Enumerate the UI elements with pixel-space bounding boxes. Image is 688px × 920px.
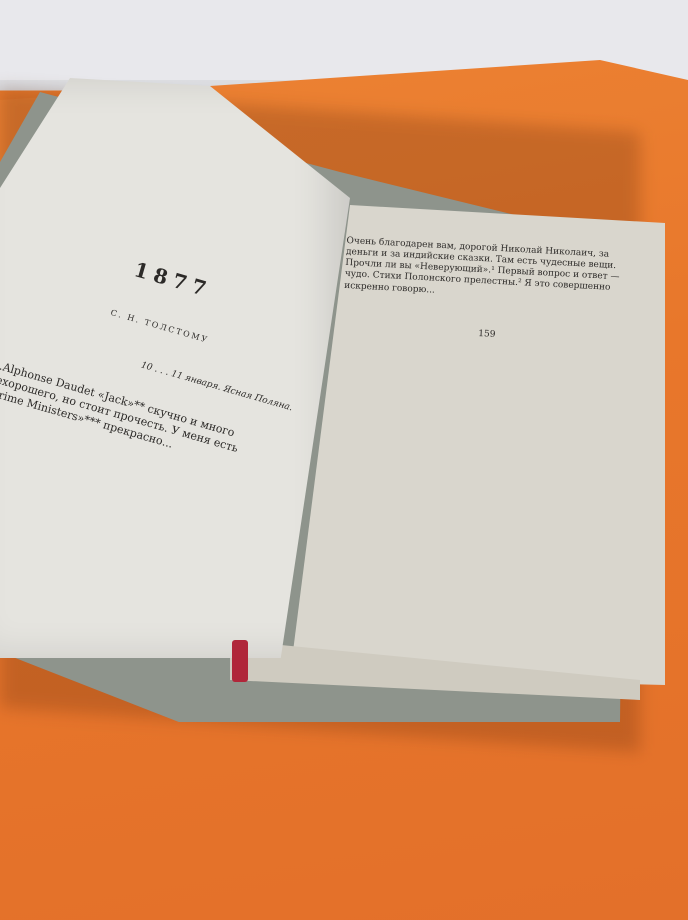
bookmark-ribbon [232, 640, 248, 682]
letter-text: Очень благодарен вам, дорогой Николай Ни… [344, 235, 637, 306]
page-number: 159 [342, 322, 632, 348]
right-page-text: Очень благодарен вам, дорогой Николай Ни… [341, 213, 637, 360]
